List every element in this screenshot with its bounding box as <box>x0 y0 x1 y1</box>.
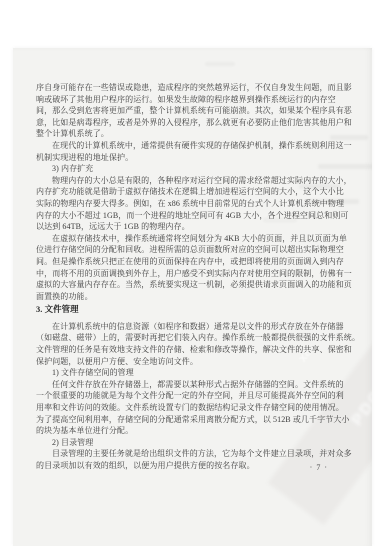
text-line: 目录管理的主要任务就是给出组织文件的方法，它为每个文件建立目录项，并对众多 <box>36 448 356 460</box>
text-line: 文件管理的任务是有效地支持文件的存储、检索和修改等操作，解决文件的共享、保密和 <box>36 344 356 356</box>
text-line: 用率和文件访问的效能。文件系统设置专门的数据结构记录文件存储空间的使用情况。 <box>36 402 356 414</box>
text-line: 保护问题，以便用户方便、安全地访问文件。 <box>36 356 356 368</box>
text-line: 1) 文件存储空间的管理 <box>36 367 356 379</box>
text-line: 的块为基本单位进行分配。 <box>36 425 356 437</box>
screenshot-root: { "colors": { "paper": "#f3f3f1", "ink":… <box>0 0 390 546</box>
text-line: 在现代的计算机系统中，通常提供有硬件实现的存储保护机制，操作系统则利用这一 <box>36 140 356 152</box>
text-line: 间，那么受到危害将更加严重，整个计算机系统有可能崩溃。其次，如果某个程序具有恶 <box>36 105 356 117</box>
paragraph: 序自身可能存在一些错误或隐患，造成程序的突然越界运行，不仅自身发生问题，而且影响… <box>36 82 356 140</box>
text-line: 内存的大小不超过 1GB，而一个进程的地址空间可有 4GB 大小，各个进程空间总… <box>36 210 356 222</box>
text-line: 任何文件存放在外存储器上，都需要以某种形式占据外存储器的空间。文件系统的 <box>36 379 356 391</box>
scan-artifact <box>205 62 235 66</box>
text-line: 位进行存储空间的分配和回收。进程所需的总页面数所对应的空间可以超出实际物理空 <box>36 244 356 256</box>
text-line: 响或破坏了其他用户程序的运行。如果发生故障的程序越界到操作系统运行的内存空 <box>36 94 356 106</box>
text-line: 序自身可能存在一些错误或隐患，造成程序的突然越界运行，不仅自身发生问题，而且影 <box>36 82 356 94</box>
paragraph: 在虚拟存储技术中，操作系统通常将空间划分为 4KB 大小的页面，并且以页面为单位… <box>36 233 356 303</box>
text-line: 在计算机系统中的信息资源（如程序和数据）通常是以文件的形式存放在外存储器 <box>36 321 356 333</box>
paragraph: 任何文件存放在外存储器上，都需要以某种形式占据外存储器的空间。文件系统的一个很重… <box>36 379 356 437</box>
sub-heading: 2) 目录管理 <box>36 437 356 449</box>
text-line: 以达到 64TB，远远大于 1GB 的物理内存。 <box>36 221 356 233</box>
text-line: 实际的物理内存要大得多。例如，在 x86 系统中目前常见的台式个人计算机系统中物… <box>36 198 356 210</box>
text-line: 中，而将不用的页面调换到外存上，用户感受不到实际内存对使用空间的限制，仿佛有一 <box>36 268 356 280</box>
text-line: 在虚拟存储技术中，操作系统通常将空间划分为 4KB 大小的页面，并且以页面为单 <box>36 233 356 245</box>
paragraph: 物理内存的大小总是有限的，各种程序对运行空间的需求经常超过实际内存的大小，内存扩… <box>36 175 356 233</box>
paragraph: 在现代的计算机系统中，通常提供有硬件实现的存储保护机制，操作系统则利用这一机制实… <box>36 140 356 163</box>
section-heading: 3. 文件管理 <box>36 304 356 316</box>
text-line: 2) 目录管理 <box>36 437 356 449</box>
text-line: 3. 文件管理 <box>36 304 356 316</box>
text-line: 3) 内存扩充 <box>36 163 356 175</box>
text-line: 整个计算机系统了。 <box>36 128 356 140</box>
page-number: · 7 · <box>36 463 356 472</box>
sub-heading: 1) 文件存储空间的管理 <box>36 367 356 379</box>
sub-heading: 3) 内存扩充 <box>36 163 356 175</box>
text-column: 序自身可能存在一些错误或隐患，造成程序的突然越界运行，不仅自身发生问题，而且影响… <box>36 82 356 472</box>
text-line: 虚拟的大容量内存存在。当然，系统要实现这一机制，必须提供请求页面调入的功能和页 <box>36 279 356 291</box>
text-line: 面置换的功能。 <box>36 291 356 303</box>
text-line: 意，比如是病毒程序，或者是外界的入侵程序，那么就更有必要防止他们危害其他用户和 <box>36 117 356 129</box>
text-line: 物理内存的大小总是有限的，各种程序对运行空间的需求经常超过实际内存的大小， <box>36 175 356 187</box>
book-page: PDG x8 序自身可能存在一些错误或隐患，造成程序的突然越界运行，不仅自身发生… <box>13 48 372 546</box>
text-line: 为了提高空间利用率，存储空间的分配通常采用离散分配方式，以 512B 或几千字节… <box>36 414 356 426</box>
text-line: 内存扩充功能就是借助于虚拟存储技术在逻辑上增加进程运行空间的大小，这个大小比 <box>36 186 356 198</box>
paragraph: 在计算机系统中的信息资源（如程序和数据）通常是以文件的形式存放在外存储器（如磁盘… <box>36 321 356 367</box>
text-line: 机制实现进程的地址保护。 <box>36 152 356 164</box>
text-line: （如磁盘、磁带）上的，需要时再把它们装入内存。操作系统一般都提供很强的文件系统。 <box>36 332 356 344</box>
text-line: 间。但是操作系统只把正在使用的页面保持在内存中，或把即将使用的页面调入到内存 <box>36 256 356 268</box>
text-line: 一个很重要的功能就是为每个文件分配一定的外存空间，并且尽可能提高外存空间的利 <box>36 390 356 402</box>
